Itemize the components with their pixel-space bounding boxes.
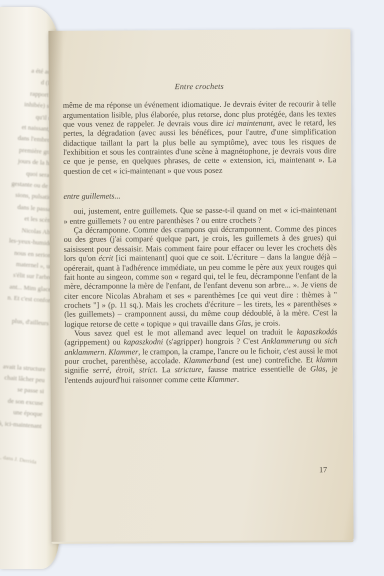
page-text-block: Entre crochets même de ma réponse un évé… <box>63 81 338 385</box>
italic-text: Klammer <box>108 347 138 356</box>
body-text: , je crois. <box>251 318 280 327</box>
page-fore-edge <box>52 540 354 544</box>
body-text: ou <box>311 336 325 345</box>
italic-text: Klammerband <box>184 356 230 365</box>
paragraph: oui, justement, entre guillemets. Que se… <box>64 206 337 226</box>
paragraph: Vous savez quel est le mot allemand avec… <box>64 327 337 385</box>
italic-text: kapaszkodás <box>297 327 338 336</box>
italic-text: Anklammerung <box>262 337 311 346</box>
body-text: signifie <box>64 366 92 375</box>
body-text: (s'agripper) hongrois ? C'est <box>163 337 262 347</box>
italic-text: ici maintenant <box>226 119 273 128</box>
paragraph: même de ma réponse un événement idiomati… <box>63 100 336 176</box>
italic-text: Glas <box>236 318 251 327</box>
italic-text: kapaszkodni <box>124 337 164 346</box>
italic-text: écrit <box>99 254 114 263</box>
body-text: (agrippement) ou <box>64 338 123 347</box>
body-text: (est une) contrefiche. Et <box>229 355 316 365</box>
section-heading: entre guillemets... <box>63 190 336 201</box>
body-text: [ici maintenant] quoi que ce soit. L'écr… <box>64 252 337 328</box>
body-text: , fausse matrice essentielle de <box>202 365 311 375</box>
italic-text: Klammer <box>207 374 237 383</box>
italic-text: serré, étroit, strict <box>93 366 156 375</box>
italic-text: stricture <box>175 365 202 374</box>
italic-text: Glas <box>310 365 325 374</box>
body-text: oui, justement, entre guillemets. Que se… <box>64 206 337 226</box>
page-number: 17 <box>319 465 327 474</box>
book-page: Entre crochets même de ma réponse un évé… <box>48 29 353 542</box>
running-title: Entre crochets <box>63 81 336 92</box>
body-text: . La <box>156 365 175 374</box>
paragraph: Ça décramponne. Comme des crampons qui d… <box>64 224 338 328</box>
book-photo: a été aussi lesd (Lacan)rapport tantôtin… <box>0 0 384 576</box>
body-text: . <box>237 374 239 383</box>
italic-text: klamm <box>316 355 337 364</box>
page-body: même de ma réponse un événement idiomati… <box>63 100 338 385</box>
